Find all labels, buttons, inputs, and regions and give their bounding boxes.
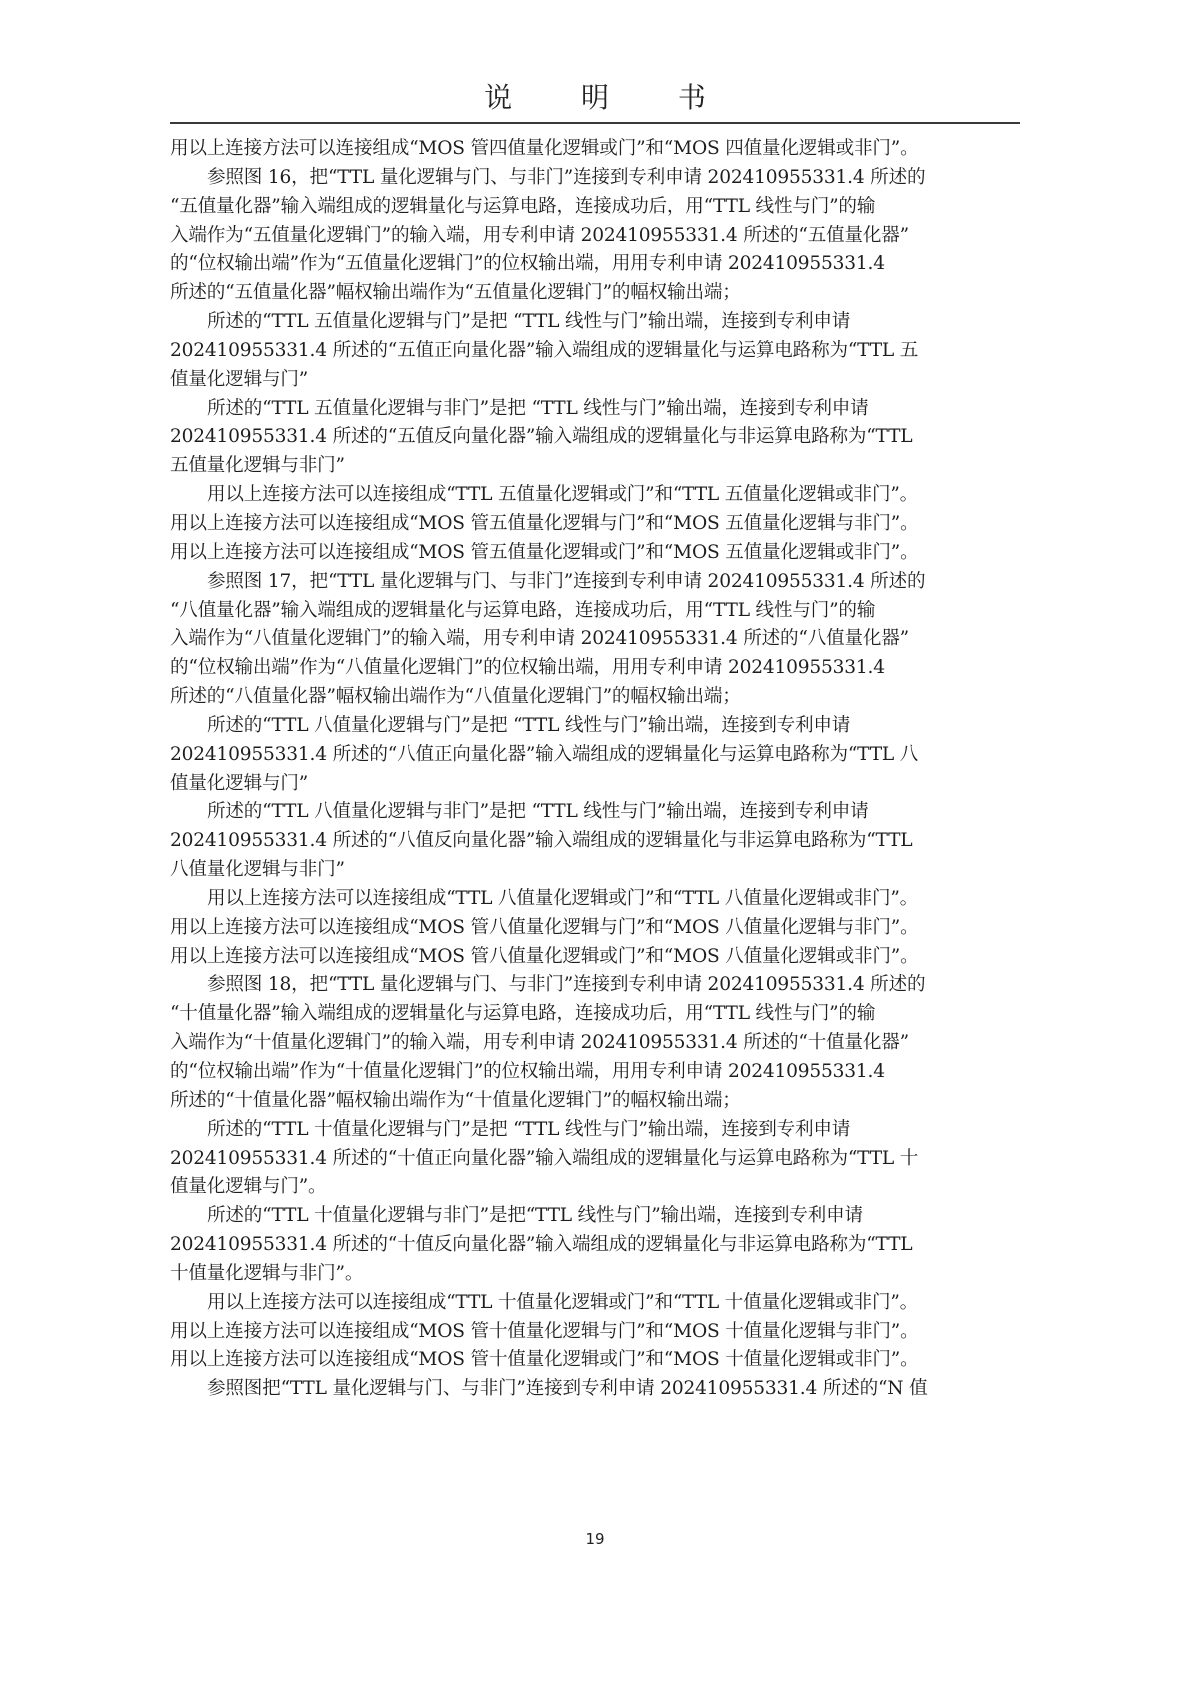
text-line: 用以上连接方法可以连接组成“MOS 管八值量化逻辑或门”和“MOS 八值量化逻辑…: [170, 943, 1020, 972]
text-line: 202410955331.4 所述的“五值反向量化器”输入端组成的逻辑量化与非运…: [170, 423, 1020, 452]
text-line: 参照图把“TTL 量化逻辑与门、与非门”连接到专利申请 202410955331…: [170, 1375, 1020, 1404]
text-line: 用以上连接方法可以连接组成“MOS 管十值量化逻辑与门”和“MOS 十值量化逻辑…: [170, 1318, 1020, 1347]
text-line: 值量化逻辑与门”。: [170, 1173, 1020, 1202]
text-line: 用以上连接方法可以连接组成“TTL 八值量化逻辑或门”和“TTL 八值量化逻辑或…: [170, 885, 1020, 914]
text-line: 202410955331.4 所述的“八值正向量化器”输入端组成的逻辑量化与运算…: [170, 741, 1020, 770]
text-line: 用以上连接方法可以连接组成“MOS 管五值量化逻辑与门”和“MOS 五值量化逻辑…: [170, 510, 1020, 539]
text-line: 入端作为“十值量化逻辑门”的输入端，用专利申请 202410955331.4 所…: [170, 1029, 1020, 1058]
text-line: 用以上连接方法可以连接组成“TTL 十值量化逻辑或门”和“TTL 十值量化逻辑或…: [170, 1289, 1020, 1318]
text-line: 用以上连接方法可以连接组成“TTL 五值量化逻辑或门”和“TTL 五值量化逻辑或…: [170, 481, 1020, 510]
text-line: 所述的“TTL 八值量化逻辑与门”是把 “TTL 线性与门”输出端，连接到专利申…: [170, 712, 1020, 741]
text-line: 用以上连接方法可以连接组成“MOS 管四值量化逻辑或门”和“MOS 四值量化逻辑…: [170, 135, 1020, 164]
text-line: 八值量化逻辑与非门”: [170, 856, 1020, 885]
text-line: 202410955331.4 所述的“十值反向量化器”输入端组成的逻辑量化与非运…: [170, 1231, 1020, 1260]
text-line: 参照图 18，把“TTL 量化逻辑与门、与非门”连接到专利申请 20241095…: [170, 971, 1020, 1000]
text-line: 用以上连接方法可以连接组成“MOS 管五值量化逻辑或门”和“MOS 五值量化逻辑…: [170, 539, 1020, 568]
text-line: 的“位权输出端”作为“十值量化逻辑门”的位权输出端，用用专利申请 2024109…: [170, 1058, 1020, 1087]
text-line: 值量化逻辑与门”: [170, 770, 1020, 799]
text-line: 所述的“TTL 十值量化逻辑与门”是把 “TTL 线性与门”输出端，连接到专利申…: [170, 1116, 1020, 1145]
page-number: 19: [0, 1530, 1190, 1548]
text-line: 参照图 16，把“TTL 量化逻辑与门、与非门”连接到专利申请 20241095…: [170, 164, 1020, 193]
text-line: 所述的“TTL 八值量化逻辑与非门”是把 “TTL 线性与门”输出端，连接到专利…: [170, 798, 1020, 827]
text-line: 202410955331.4 所述的“十值正向量化器”输入端组成的逻辑量化与运算…: [170, 1145, 1020, 1174]
text-line: 所述的“TTL 十值量化逻辑与非门”是把“TTL 线性与门”输出端，连接到专利申…: [170, 1202, 1020, 1231]
text-line: 202410955331.4 所述的“五值正向量化器”输入端组成的逻辑量化与运算…: [170, 337, 1020, 366]
text-line: 的“位权输出端”作为“八值量化逻辑门”的位权输出端，用用专利申请 2024109…: [170, 654, 1020, 683]
text-line: “十值量化器”输入端组成的逻辑量化与运算电路，连接成功后，用“TTL 线性与门”…: [170, 1000, 1020, 1029]
text-line: 十值量化逻辑与非门”。: [170, 1260, 1020, 1289]
text-line: “五值量化器”输入端组成的逻辑量化与运算电路，连接成功后，用“TTL 线性与门”…: [170, 193, 1020, 222]
text-line: 所述的“五值量化器”幅权输出端作为“五值量化逻辑门”的幅权输出端；: [170, 279, 1020, 308]
page-header: 说 明 书: [170, 78, 1020, 124]
text-line: 入端作为“五值量化逻辑门”的输入端，用专利申请 202410955331.4 所…: [170, 222, 1020, 251]
text-line: 用以上连接方法可以连接组成“MOS 管八值量化逻辑与门”和“MOS 八值量化逻辑…: [170, 914, 1020, 943]
text-line: “八值量化器”输入端组成的逻辑量化与运算电路，连接成功后，用“TTL 线性与门”…: [170, 597, 1020, 626]
text-line: 所述的“十值量化器”幅权输出端作为“十值量化逻辑门”的幅权输出端；: [170, 1087, 1020, 1116]
text-line: 202410955331.4 所述的“八值反向量化器”输入端组成的逻辑量化与非运…: [170, 827, 1020, 856]
document-body: 用以上连接方法可以连接组成“MOS 管四值量化逻辑或门”和“MOS 四值量化逻辑…: [170, 135, 1020, 1404]
text-line: 所述的“TTL 五值量化逻辑与门”是把 “TTL 线性与门”输出端，连接到专利申…: [170, 308, 1020, 337]
text-line: 用以上连接方法可以连接组成“MOS 管十值量化逻辑或门”和“MOS 十值量化逻辑…: [170, 1346, 1020, 1375]
text-line: 所述的“TTL 五值量化逻辑与非门”是把 “TTL 线性与门”输出端，连接到专利…: [170, 395, 1020, 424]
text-line: 值量化逻辑与门”: [170, 366, 1020, 395]
page-title: 说 明 书: [170, 78, 1020, 118]
text-line: 的“位权输出端”作为“五值量化逻辑门”的位权输出端，用用专利申请 2024109…: [170, 250, 1020, 279]
text-line: 参照图 17，把“TTL 量化逻辑与门、与非门”连接到专利申请 20241095…: [170, 568, 1020, 597]
text-line: 入端作为“八值量化逻辑门”的输入端，用专利申请 202410955331.4 所…: [170, 625, 1020, 654]
text-line: 所述的“八值量化器”幅权输出端作为“八值量化逻辑门”的幅权输出端；: [170, 683, 1020, 712]
text-line: 五值量化逻辑与非门”: [170, 452, 1020, 481]
header-divider: [170, 122, 1020, 124]
